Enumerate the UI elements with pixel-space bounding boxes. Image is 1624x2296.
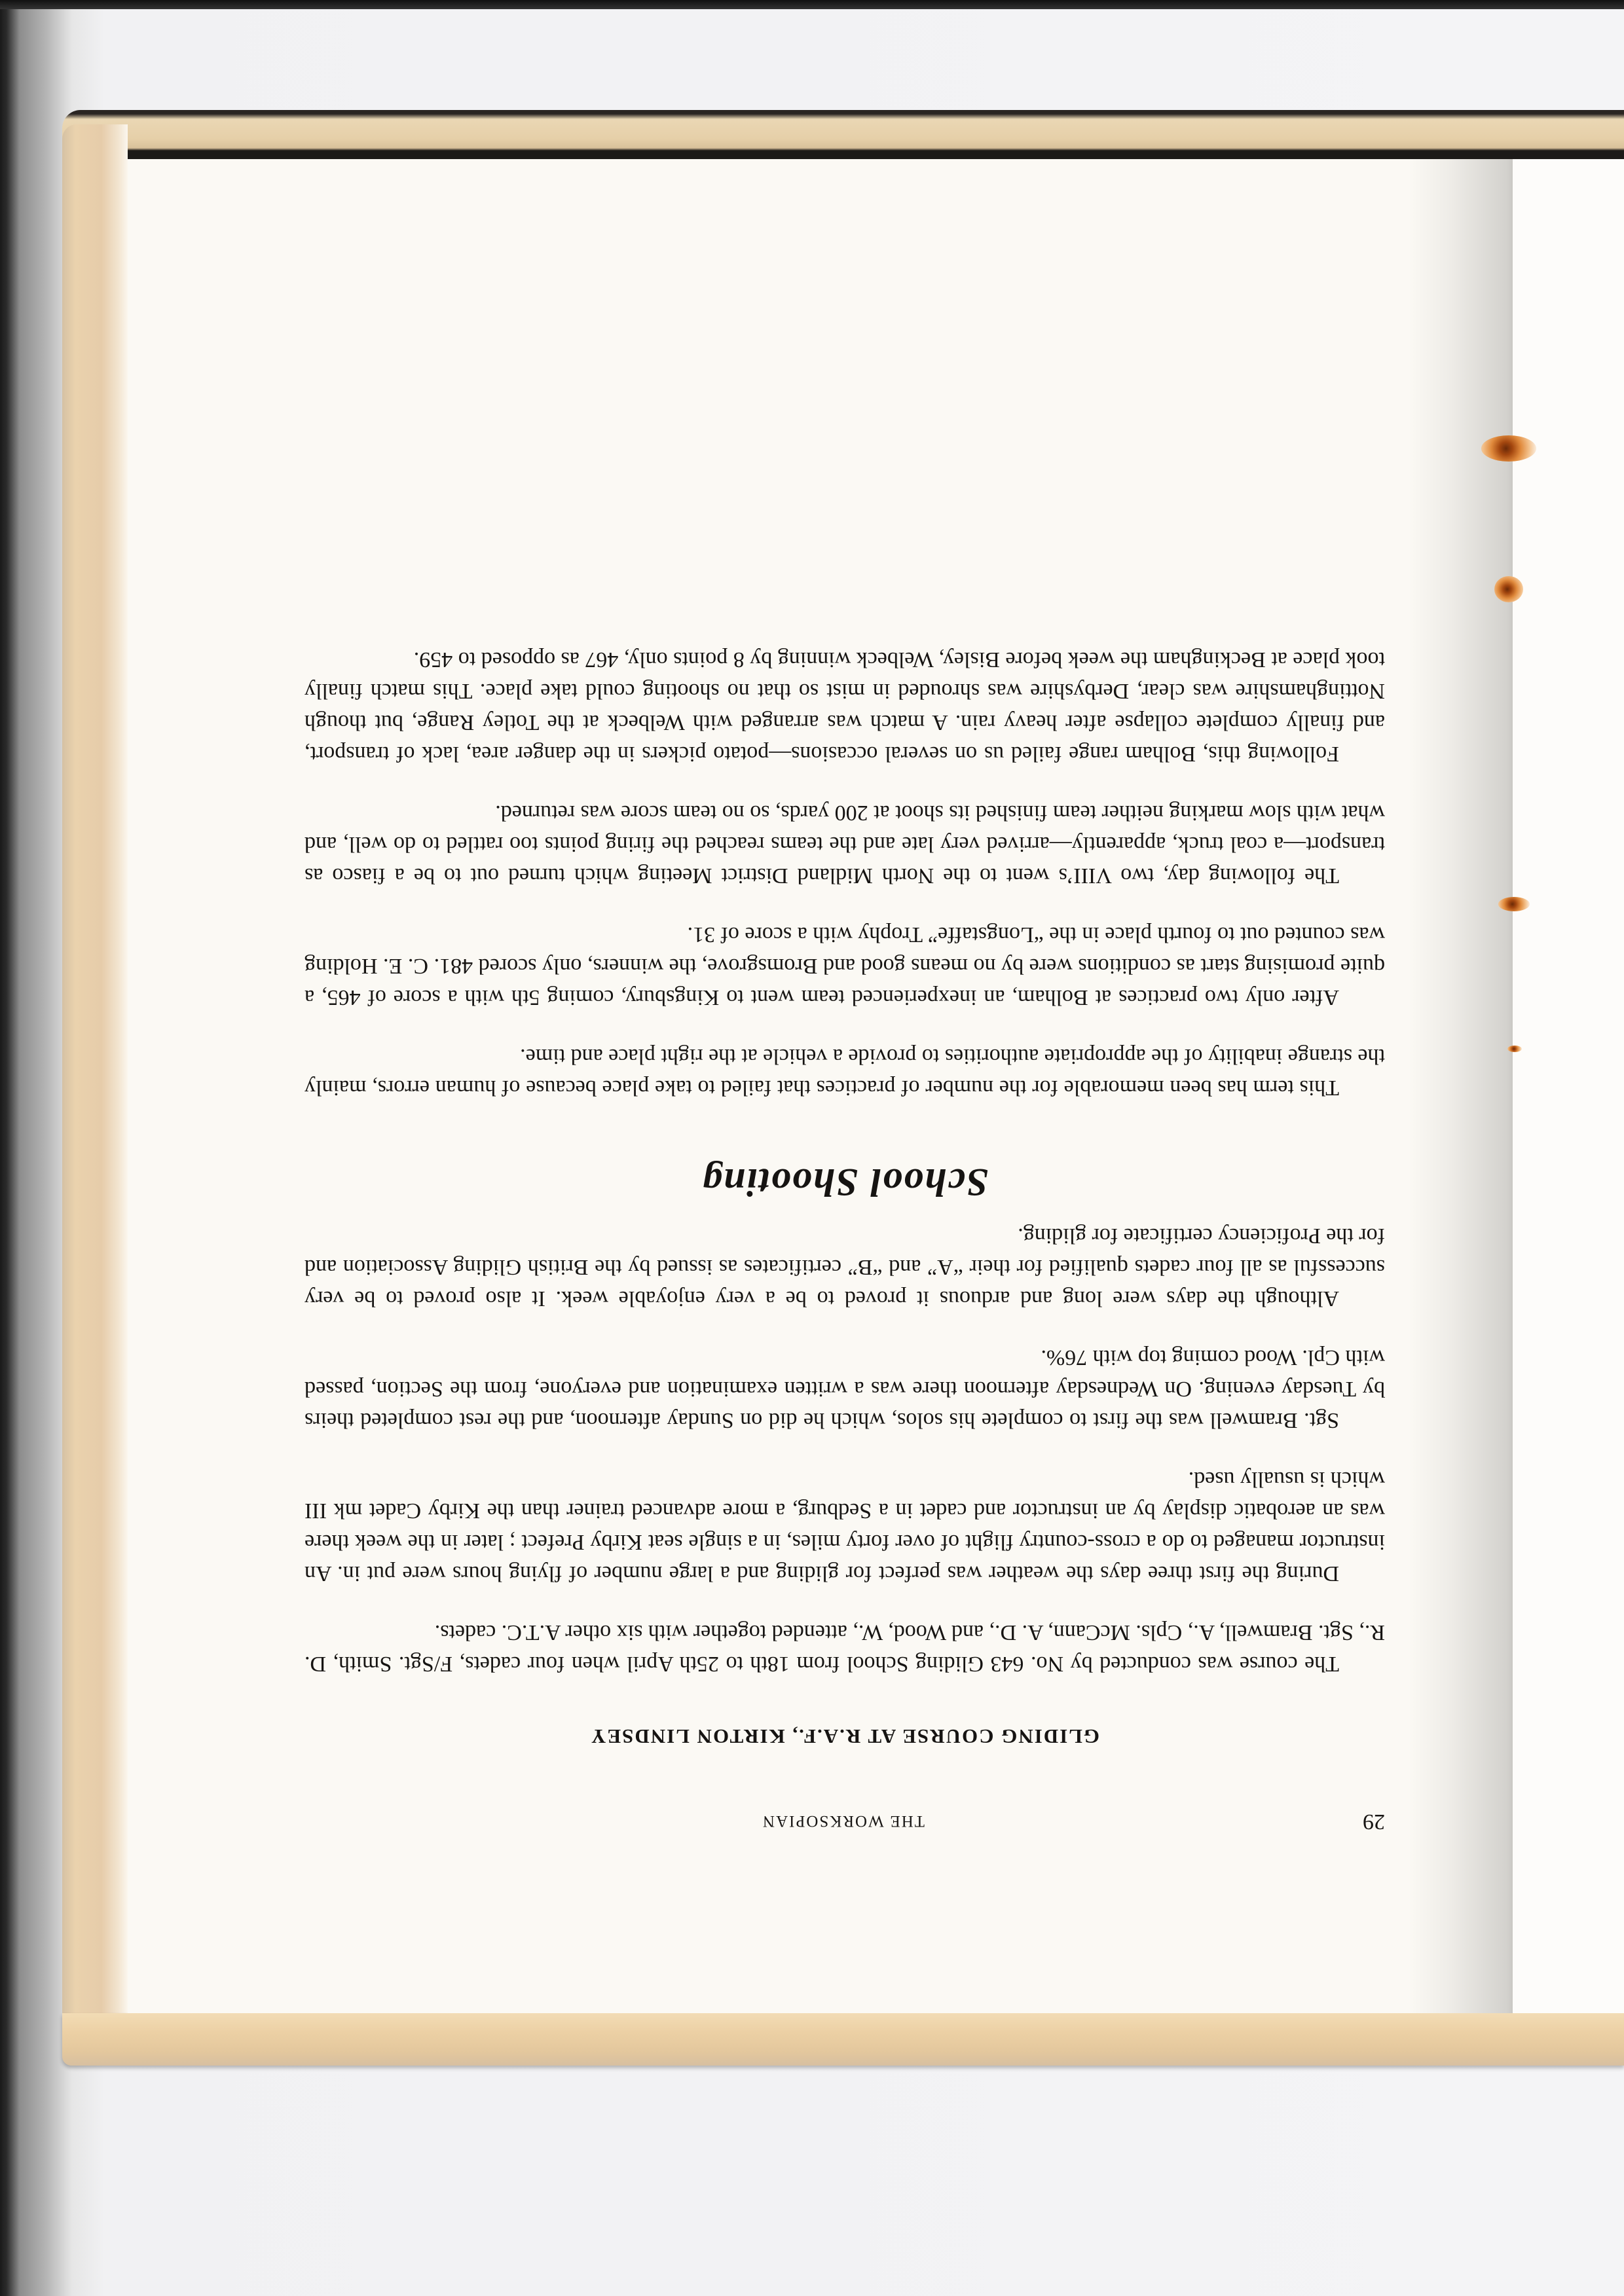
paragraph: Sgt. Bramwell was the first to complete … xyxy=(304,1341,1385,1436)
rust-stain xyxy=(1498,897,1530,911)
paragraph: Following this, Bolham range failed us o… xyxy=(304,644,1385,769)
running-head-title: THE WORKSOPIAN xyxy=(301,1812,1385,1830)
scanner-edge-shadow xyxy=(0,0,1624,9)
school-shooting-title: School Shooting xyxy=(304,1159,1385,1205)
paragraph: After only two practices at Bolham, an i… xyxy=(304,919,1385,1013)
book-bottom-edge xyxy=(62,2013,1624,2066)
paragraph: This term has been memorable for the num… xyxy=(304,1040,1385,1103)
rust-stain xyxy=(1507,1046,1522,1052)
book-top-edge xyxy=(62,110,1624,159)
gliding-heading: GLIDING COURSE AT R.A.F., KIRTON LINDSEY xyxy=(304,1724,1385,1748)
book-left-edge xyxy=(62,124,128,2066)
paragraph: Although the days were long and arduous … xyxy=(304,1220,1385,1314)
paragraph: The course was conducted by No. 643 Glid… xyxy=(304,1616,1385,1679)
shooting-article: This term has been memorable for the num… xyxy=(304,616,1385,1103)
page-content-rotated: 29 THE WORKSOPIAN GLIDING COURSE AT R.A.… xyxy=(128,159,1513,2013)
rust-stain xyxy=(1494,576,1523,602)
facing-page xyxy=(1513,159,1624,2013)
gliding-article: The course was conducted by No. 643 Glid… xyxy=(304,1192,1385,1679)
rust-stain xyxy=(1481,435,1536,462)
running-head: 29 THE WORKSOPIAN xyxy=(301,1804,1385,1830)
paragraph: During the first three days the weather … xyxy=(304,1463,1385,1589)
book-page: 29 THE WORKSOPIAN GLIDING COURSE AT R.A.… xyxy=(128,159,1513,2013)
paragraph: The following day, two VIII’s went to th… xyxy=(304,797,1385,891)
